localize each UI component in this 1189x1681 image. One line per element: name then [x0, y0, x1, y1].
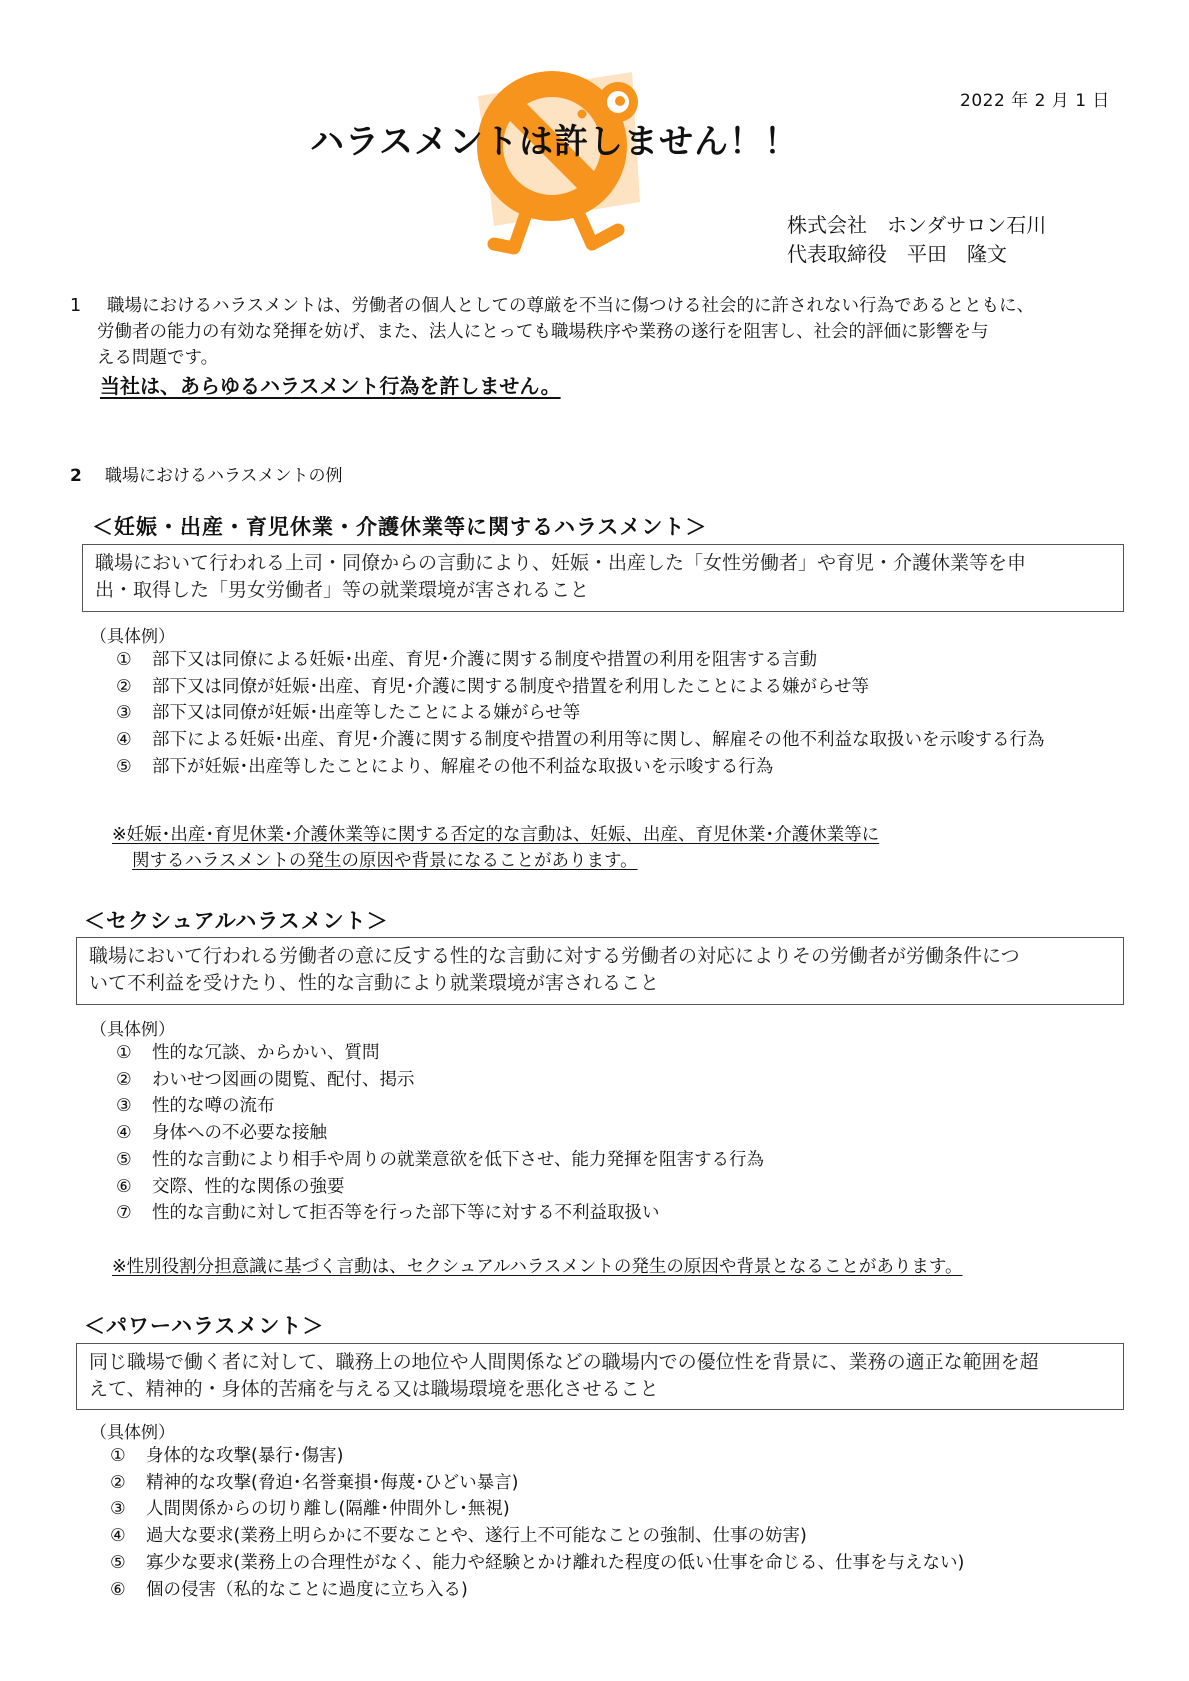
list-item: ⑤部下が妊娠･出産等したことにより、解雇その他不利益な取扱いを示唆する行為	[116, 754, 1106, 781]
section-number: 1	[70, 293, 81, 319]
item-number: ③	[116, 1093, 132, 1120]
item-number: ⑥	[116, 1174, 132, 1201]
list-item: ⑦性的な言動に対して拒否等を行った部下等に対する不利益取扱い	[116, 1200, 1106, 1227]
representative-name: 代表取締役 平田 隆文	[787, 240, 1046, 269]
list-item: ③人間関係からの切り離し(隔離･仲間外し･無視)	[110, 1496, 1130, 1523]
item-text: 部下又は同僚が妊娠･出産、育児･介護に関する制度や措置を利用したことによる嫌がら…	[152, 677, 869, 697]
examples-label: （具体例）	[90, 1418, 175, 1443]
list-item: ①性的な冗談、からかい、質問	[116, 1040, 1106, 1067]
item-number: ③	[116, 700, 132, 727]
list-item: ②部下又は同僚が妊娠･出産、育児･介護に関する制度や措置を利用したことによる嫌が…	[116, 674, 1106, 701]
item-number: ①	[116, 1040, 132, 1067]
examples-label: （具体例）	[90, 1015, 175, 1040]
definition-line: いて不利益を受けたり、性的な言動により就業環境が害されること	[89, 970, 1111, 997]
item-text: 交際、性的な関係の強要	[152, 1177, 345, 1197]
definition-box-power: 同じ職場で働く者に対して、職務上の地位や人間関係などの職場内での優位性を背景に、…	[76, 1343, 1124, 1410]
note-sexual: ※性別役割分担意識に基づく言動は、セクシュアルハラスメントの発生の原因や背景とな…	[112, 1254, 962, 1280]
document-date: 2022 年 2 月 1 日	[960, 86, 1110, 111]
section-2-title: 2職場におけるハラスメントの例	[70, 461, 343, 486]
definition-box-maternity: 職場において行われる上司・同僚からの言動により、妊娠・出産した「女性労働者」や育…	[82, 544, 1124, 612]
item-text: 部下又は同僚による妊娠･出産、育児･介護に関する制度や措置の利用を阻害する言動	[152, 650, 817, 670]
item-text: 身体への不必要な接触	[152, 1123, 327, 1143]
page-title: ハラスメントは許しません！！	[310, 114, 799, 163]
section-2-title-text: 職場におけるハラスメントの例	[105, 466, 343, 486]
item-text: 部下が妊娠･出産等したことにより、解雇その他不利益な取扱いを示唆する行為	[152, 757, 773, 777]
item-text: わいせつ図画の閲覧、配付、掲示	[152, 1070, 415, 1090]
item-number: ①	[110, 1443, 126, 1470]
definition-line: 職場において行われる労働者の意に反する性的な言動に対する労働者の対応によりその労…	[89, 943, 1111, 970]
item-number: ⑥	[110, 1577, 126, 1604]
item-number: ⑦	[116, 1200, 132, 1227]
category-heading-power: ＜パワーハラスメント＞	[84, 1310, 324, 1340]
item-number: ③	[110, 1496, 126, 1523]
list-item: ④部下による妊娠･出産、育児･介護に関する制度や措置の利用等に関し、解雇その他不…	[116, 727, 1116, 754]
item-text: 人間関係からの切り離し(隔離･仲間外し･無視)	[146, 1499, 510, 1519]
definition-box-sexual: 職場において行われる労働者の意に反する性的な言動に対する労働者の対応によりその労…	[76, 937, 1124, 1005]
examples-list-sexual: ①性的な冗談、からかい、質問 ②わいせつ図画の閲覧、配付、掲示 ③性的な噂の流布…	[116, 1040, 1106, 1227]
item-text: 身体的な攻撃(暴行･傷害)	[146, 1446, 343, 1466]
company-name: 株式会社 ホンダサロン石川	[787, 211, 1046, 240]
policy-statement: 当社は、あらゆるハラスメント行為を許しません。	[100, 373, 561, 399]
item-number: ⑤	[116, 1147, 132, 1174]
definition-line: 同じ職場で働く者に対して、職務上の地位や人間関係などの職場内での優位性を背景に、…	[89, 1349, 1111, 1376]
section-number: 2	[70, 466, 105, 486]
definition-line: えて、精神的・身体的苦痛を与える又は職場環境を悪化させること	[89, 1376, 1111, 1403]
item-text: 性的な言動に対して拒否等を行った部下等に対する不利益取扱い	[152, 1203, 660, 1223]
list-item: ⑤性的な言動により相手や周りの就業意欲を低下させ、能力発揮を阻害する行為	[116, 1147, 1106, 1174]
item-number: ④	[116, 1120, 132, 1147]
list-item: ⑥交際、性的な関係の強要	[116, 1174, 1106, 1201]
note-line: 関するハラスメントの発生の原因や背景になることがあります。	[112, 848, 879, 874]
item-number: ⑤	[110, 1550, 126, 1577]
list-item: ⑥個の侵害（私的なことに過度に立ち入る)	[110, 1577, 1130, 1604]
item-text: 精神的な攻撃(脅迫･名誉棄損･侮蔑･ひどい暴言)	[146, 1473, 518, 1493]
section-1-line-1: 職場におけるハラスメントは、労働者の個人としての尊厳を不当に傷つける社会的に許さ…	[97, 293, 1130, 319]
section-1: 1 職場におけるハラスメントは、労働者の個人としての尊厳を不当に傷つける社会的に…	[70, 293, 1130, 401]
item-text: 寡少な要求(業務上の合理性がなく、能力や経験とかけ離れた程度の低い仕事を命じる、…	[146, 1553, 964, 1573]
category-heading-maternity: ＜妊娠・出産・育児休業・介護休業等に関するハラスメント＞	[92, 511, 707, 541]
examples-label: （具体例）	[90, 622, 175, 647]
item-text: 個の侵害（私的なことに過度に立ち入る)	[146, 1580, 468, 1600]
list-item: ⑤寡少な要求(業務上の合理性がなく、能力や経験とかけ離れた程度の低い仕事を命じる…	[110, 1550, 1130, 1577]
list-item: ④過大な要求(業務上明らかに不要なことや、遂行上不可能なことの強制、仕事の妨害)	[110, 1523, 1130, 1550]
definition-line: 職場において行われる上司・同僚からの言動により、妊娠・出産した「女性労働者」や育…	[95, 550, 1111, 577]
item-number: ①	[116, 647, 132, 674]
examples-list-power: ①身体的な攻撃(暴行･傷害) ②精神的な攻撃(脅迫･名誉棄損･侮蔑･ひどい暴言)…	[110, 1443, 1130, 1603]
item-text: 性的な言動により相手や周りの就業意欲を低下させ、能力発揮を阻害する行為	[152, 1150, 764, 1170]
list-item: ②精神的な攻撃(脅迫･名誉棄損･侮蔑･ひどい暴言)	[110, 1470, 1130, 1497]
item-text: 部下又は同僚が妊娠･出産等したことによる嫌がらせ等	[152, 703, 580, 723]
item-number: ②	[110, 1470, 126, 1497]
list-item: ④身体への不必要な接触	[116, 1120, 1106, 1147]
list-item: ③部下又は同僚が妊娠･出産等したことによる嫌がらせ等	[116, 700, 1106, 727]
item-number: ⑤	[116, 754, 132, 781]
item-number: ②	[116, 1067, 132, 1094]
item-text: 性的な噂の流布	[152, 1096, 275, 1116]
list-item: ①身体的な攻撃(暴行･傷害)	[110, 1443, 1130, 1470]
note-line: ※妊娠･出産･育児休業･介護休業等に関する否定的な言動は、妊娠、出産、育児休業･…	[112, 822, 879, 848]
list-item: ③性的な噂の流布	[116, 1093, 1106, 1120]
item-number: ④	[110, 1523, 126, 1550]
item-number: ②	[116, 674, 132, 701]
category-heading-sexual: ＜セクシュアルハラスメント＞	[84, 905, 389, 935]
note-maternity: ※妊娠･出産･育児休業･介護休業等に関する否定的な言動は、妊娠、出産、育児休業･…	[112, 822, 879, 874]
list-item: ②わいせつ図画の閲覧、配付、掲示	[116, 1067, 1106, 1094]
item-number: ④	[116, 727, 132, 754]
note-line: ※性別役割分担意識に基づく言動は、セクシュアルハラスメントの発生の原因や背景とな…	[112, 1254, 962, 1280]
definition-line: 出・取得した「男女労働者」等の就業環境が害されること	[95, 577, 1111, 604]
section-1-line-2: 労働者の能力の有効な発揮を妨げ、また、法人にとっても職場秩序や業務の遂行を阻害し…	[97, 319, 1130, 345]
item-text: 部下による妊娠･出産、育児･介護に関する制度や措置の利用等に関し、解雇その他不利…	[152, 730, 1045, 750]
examples-list-maternity: ①部下又は同僚による妊娠･出産、育児･介護に関する制度や措置の利用を阻害する言動…	[116, 647, 1106, 781]
item-text: 性的な冗談、からかい、質問	[152, 1043, 380, 1063]
list-item: ①部下又は同僚による妊娠･出産、育児･介護に関する制度や措置の利用を阻害する言動	[116, 647, 1106, 674]
issuer-block: 株式会社 ホンダサロン石川 代表取締役 平田 隆文	[787, 211, 1046, 269]
item-text: 過大な要求(業務上明らかに不要なことや、遂行上不可能なことの強制、仕事の妨害)	[146, 1526, 807, 1546]
section-1-line-3: える問題です。	[97, 345, 1130, 371]
